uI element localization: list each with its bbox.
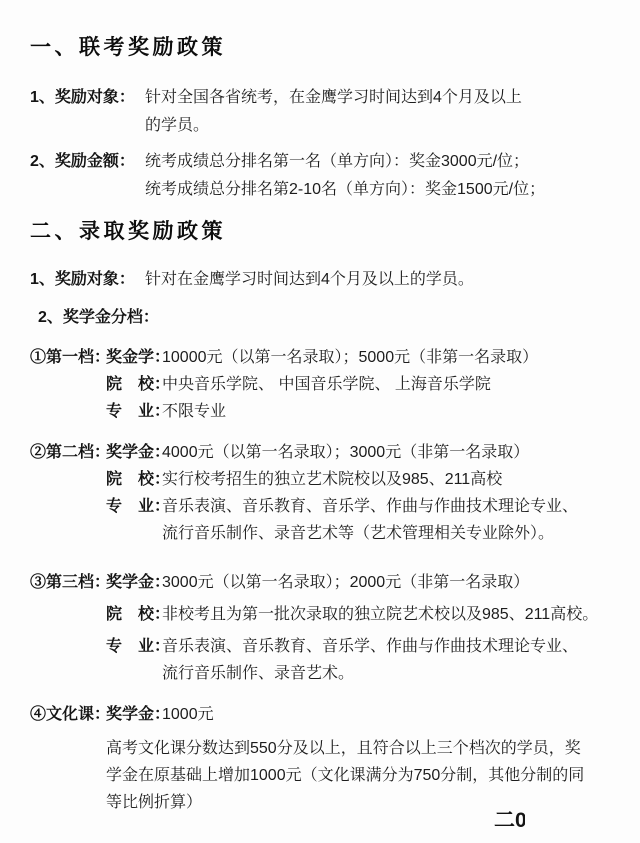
- tier-row-majors: 专 业： 音乐表演、音乐教育、音乐学、作曲与作曲技术理论专业、 流行音乐制作、录…: [106, 633, 614, 687]
- text-line: 音乐表演、音乐教育、音乐学、作曲与作曲技术理论专业、: [162, 493, 614, 520]
- tier-4-culture: ④文化课： 奖学金： 1000元 高考文化课分数达到550分及以上，且符合以上三…: [30, 701, 614, 816]
- row-label: 奖学金：: [106, 701, 162, 728]
- row-body: 实行校考招生的独立艺术院校以及985、211高校: [162, 466, 614, 493]
- row-body: 中央音乐学院、 中国音乐学院、 上海音乐学院: [162, 371, 614, 398]
- list-item-scholarship-tiers: 2、奖学金分档：: [30, 304, 614, 332]
- tier-4-bullet: ④文化课：: [30, 701, 106, 816]
- row-label: 专 业：: [106, 633, 162, 687]
- tier-row-scholarship: 奖学金： 3000元（以第一名录取）；2000元（非第一名录取）: [106, 569, 614, 596]
- clipped-footer-text: 二0: [494, 804, 525, 834]
- row-label: 院 校：: [106, 601, 162, 628]
- tier-1: ①第一档： 奖金学： 10000元（以第一名录取）；5000元（非第一名录取） …: [30, 344, 614, 425]
- row-body: 3000元（以第一名录取）；2000元（非第一名录取）: [162, 569, 614, 596]
- row-body: 1000元: [162, 701, 614, 728]
- text-line: 针对在金鹰学习时间达到4个月及以上的学员。: [145, 266, 614, 294]
- item-body: 统考成绩总分排名第一名（单方向）：奖金3000元/位； 统考成绩总分排名第2-1…: [145, 148, 614, 204]
- text-line: 统考成绩总分排名第一名（单方向）：奖金3000元/位；: [145, 148, 614, 176]
- text-line: 流行音乐制作、录音艺术。: [162, 660, 614, 687]
- text-line: 流行音乐制作、录音艺术等（艺术管理相关专业除外）。: [162, 520, 614, 547]
- row-label: 院 校：: [106, 371, 162, 398]
- list-item-reward-amount: 2、奖励金额： 统考成绩总分排名第一名（单方向）：奖金3000元/位； 统考成绩…: [30, 148, 614, 204]
- row-body: 4000元（以第一名录取）；3000元（非第一名录取）: [162, 439, 614, 466]
- row-body: 音乐表演、音乐教育、音乐学、作曲与作曲技术理论专业、 流行音乐制作、录音艺术。: [162, 633, 614, 687]
- document-page: 一、联考奖励政策 1、奖励对象： 针对全国各省统考，在金鹰学习时间达到4个月及以…: [0, 0, 640, 843]
- text-line: 不限专业: [162, 398, 614, 425]
- item-body: 针对全国各省统考，在金鹰学习时间达到4个月及以上 的学员。: [145, 84, 614, 140]
- tier-row-schools: 院 校： 实行校考招生的独立艺术院校以及985、211高校: [106, 466, 614, 493]
- item-body: 针对在金鹰学习时间达到4个月及以上的学员。: [145, 266, 614, 294]
- text-line: 高考文化课分数达到550分及以上，且符合以上三个档次的学员，奖: [106, 735, 614, 762]
- text-line: 4000元（以第一名录取）；3000元（非第一名录取）: [162, 439, 614, 466]
- item-label: 2、奖励金额：: [30, 148, 145, 204]
- row-label: 专 业：: [106, 398, 162, 425]
- tier-2-rows: 奖学金： 4000元（以第一名录取）；3000元（非第一名录取） 院 校： 实行…: [106, 439, 614, 547]
- item-label: 1、奖励对象：: [30, 84, 145, 140]
- list-item-reward-target-2: 1、奖励对象： 针对在金鹰学习时间达到4个月及以上的学员。: [30, 266, 614, 294]
- row-label: 奖学金：: [106, 569, 162, 596]
- tier-row-scholarship: 奖金学： 10000元（以第一名录取）；5000元（非第一名录取）: [106, 344, 614, 371]
- row-label: 院 校：: [106, 466, 162, 493]
- text-line: 针对全国各省统考，在金鹰学习时间达到4个月及以上: [145, 84, 614, 112]
- row-body: 音乐表演、音乐教育、音乐学、作曲与作曲技术理论专业、 流行音乐制作、录音艺术等（…: [162, 493, 614, 547]
- list-item-reward-target-1: 1、奖励对象： 针对全国各省统考，在金鹰学习时间达到4个月及以上 的学员。: [30, 84, 614, 140]
- tier-row-schools: 院 校： 非校考且为第一批次录取的独立院艺术校以及985、211高校。: [106, 601, 614, 628]
- row-label: 奖学金：: [106, 439, 162, 466]
- tier-row-majors: 专 业： 不限专业: [106, 398, 614, 425]
- text-line: 中央音乐学院、 中国音乐学院、 上海音乐学院: [162, 371, 614, 398]
- culture-course-note: 高考文化课分数达到550分及以上，且符合以上三个档次的学员，奖 学金在原基础上增…: [106, 735, 614, 816]
- text-line: 1000元: [162, 701, 614, 728]
- tier-3-bullet: ③第三档：: [30, 569, 106, 687]
- text-line: 实行校考招生的独立艺术院校以及985、211高校: [162, 466, 614, 493]
- row-body: 不限专业: [162, 398, 614, 425]
- text-line: 等比例折算）: [106, 789, 614, 816]
- tier-3-rows: 奖学金： 3000元（以第一名录取）；2000元（非第一名录取） 院 校： 非校…: [106, 569, 614, 687]
- tier-3: ③第三档： 奖学金： 3000元（以第一名录取）；2000元（非第一名录取） 院…: [30, 569, 614, 687]
- section-1-heading: 一、联考奖励政策: [30, 36, 614, 60]
- tier-row-scholarship: 奖学金： 4000元（以第一名录取）；3000元（非第一名录取）: [106, 439, 614, 466]
- tier-2: ②第二档： 奖学金： 4000元（以第一名录取）；3000元（非第一名录取） 院…: [30, 439, 614, 547]
- row-body: 10000元（以第一名录取）；5000元（非第一名录取）: [162, 344, 614, 371]
- section-2-heading: 二、录取奖励政策: [30, 220, 614, 244]
- tier-1-bullet: ①第一档：: [30, 344, 106, 425]
- tier-row-majors: 专 业： 音乐表演、音乐教育、音乐学、作曲与作曲技术理论专业、 流行音乐制作、录…: [106, 493, 614, 547]
- tier-row-scholarship: 奖学金： 1000元: [106, 701, 614, 728]
- tier-2-bullet: ②第二档：: [30, 439, 106, 547]
- text-line: 统考成绩总分排名第2-10名（单方向）：奖金1500元/位；: [145, 176, 614, 204]
- row-label: 专 业：: [106, 493, 162, 547]
- text-line: 10000元（以第一名录取）；5000元（非第一名录取）: [162, 344, 614, 371]
- row-label: 奖金学：: [106, 344, 162, 371]
- tier-1-rows: 奖金学： 10000元（以第一名录取）；5000元（非第一名录取） 院 校： 中…: [106, 344, 614, 425]
- text-line: 学金在原基础上增加1000元（文化课满分为750分制，其他分制的同: [106, 762, 614, 789]
- text-line: 非校考且为第一批次录取的独立院艺术校以及985、211高校。: [162, 601, 614, 628]
- text-line: 3000元（以第一名录取）；2000元（非第一名录取）: [162, 569, 614, 596]
- tier-row-schools: 院 校： 中央音乐学院、 中国音乐学院、 上海音乐学院: [106, 371, 614, 398]
- row-body: 非校考且为第一批次录取的独立院艺术校以及985、211高校。: [162, 601, 614, 628]
- text-line: 音乐表演、音乐教育、音乐学、作曲与作曲技术理论专业、: [162, 633, 614, 660]
- tier-4-rows: 奖学金： 1000元 高考文化课分数达到550分及以上，且符合以上三个档次的学员…: [106, 701, 614, 816]
- item-label: 2、奖学金分档：: [38, 304, 159, 332]
- item-label: 1、奖励对象：: [30, 266, 145, 294]
- text-line: 的学员。: [145, 112, 614, 140]
